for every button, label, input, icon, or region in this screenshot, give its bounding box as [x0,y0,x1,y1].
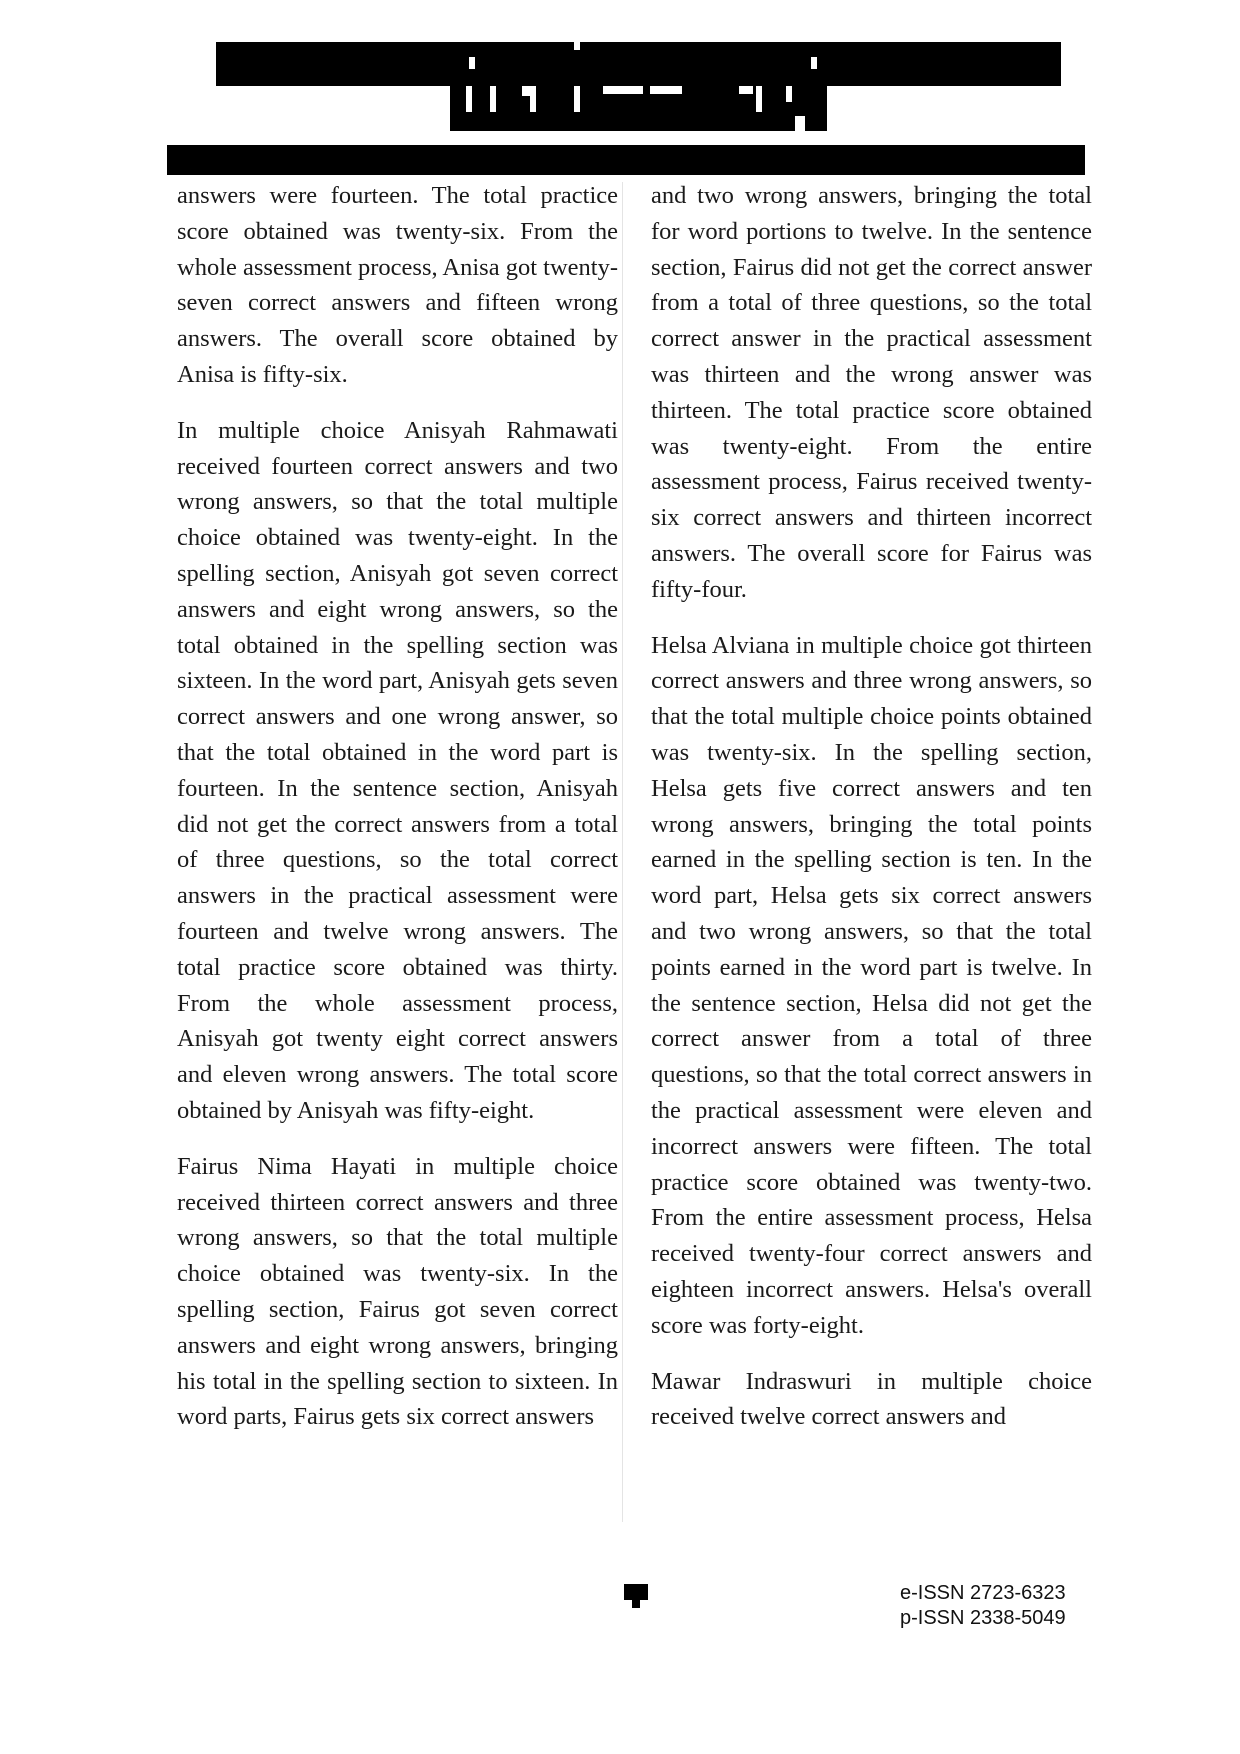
header-redaction-notch [811,57,817,69]
header-redaction-notch [574,42,580,50]
e-issn: e-ISSN 2723-6323 [900,1581,1082,1606]
header-redaction-notch [530,86,536,112]
header-redaction-notch [795,116,805,131]
header-redaction-notch [469,57,475,69]
header-redaction-notch [574,86,580,112]
paragraph: Helsa Alviana in multiple choice got thi… [651,628,1092,1344]
header-redaction-notch [490,86,496,112]
paragraph: Fairus Nima Hayati in multiple choice re… [177,1149,618,1435]
header-redaction-bar-top [216,42,1061,86]
header-redaction-notch [786,86,792,102]
page-number-redaction-stem [632,1600,640,1608]
paragraph: Mawar Indraswuri in multiple choice rece… [651,1364,1092,1436]
header-redaction-notch [739,86,753,94]
paragraph: and two wrong answers, bringing the tota… [651,178,1092,608]
page-number-redaction [624,1584,648,1600]
header-redaction-notch [603,86,643,94]
p-issn: p-ISSN 2338-5049 [900,1606,1082,1631]
header-redaction-notch [466,86,472,112]
paragraph: In multiple choice Anisyah Rahmawati rec… [177,413,618,1129]
header-redaction-notch [522,86,530,96]
paragraph: answers were fourteen. The total practic… [177,178,618,393]
header-redaction-notch [650,86,682,94]
issn-block: e-ISSN 2723-6323 p-ISSN 2338-5049 [900,1581,1082,1631]
column-divider [622,182,623,1522]
right-column: and two wrong answers, bringing the tota… [651,178,1092,1455]
header-redaction-bar-bottom [167,145,1085,175]
header-redaction-notch [756,86,762,112]
header-redaction-bar-middle [450,86,827,131]
left-column: answers were fourteen. The total practic… [177,178,618,1455]
